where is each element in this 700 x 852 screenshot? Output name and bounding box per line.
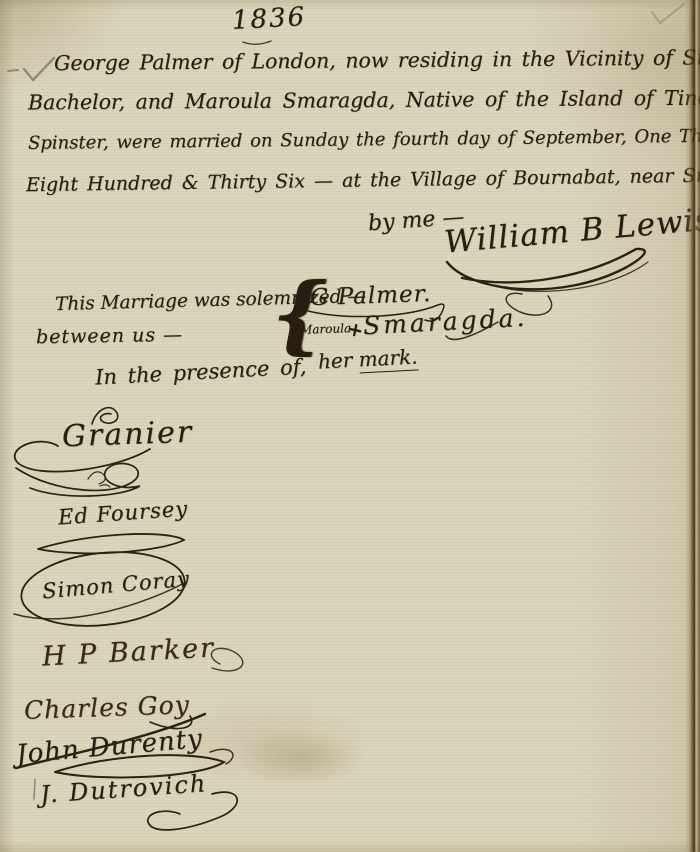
record-line-4: Eight Hundred & Thirty Six — at the Vill…	[26, 165, 700, 197]
page-binding-edge	[685, 0, 700, 852]
presence-label: In the presence of,	[95, 354, 307, 389]
witness-signature-barker: H P Barker	[41, 632, 215, 672]
her-mark-word: mark.	[358, 344, 418, 373]
record-line-2: Bachelor, and Maroula Smaragda, Native o…	[28, 87, 700, 115]
barker-tail-flourish	[211, 648, 242, 671]
marriage-register-page: 1836 George Palmer of London, now residi…	[0, 0, 700, 852]
her-mark-label: her mark.	[317, 345, 418, 373]
witness-signature-goy: Charles Goy	[24, 691, 191, 726]
witness-signature-dutrovich: J. Dutrovich	[39, 770, 208, 809]
officiant-flourish-cross	[495, 262, 648, 291]
year-label: 1836	[231, 3, 307, 37]
year-underline-flourish	[243, 41, 271, 44]
granier-flourish-under	[16, 464, 140, 497]
bride-signature: Smaragda.	[362, 304, 528, 341]
granier-flourish-tiny-script	[88, 472, 110, 487]
durenty-tail-flourish	[210, 749, 233, 764]
witness-signature-coray: Simon Coray	[41, 567, 191, 604]
witness-signature-foursey: Ed Foursey	[57, 496, 189, 529]
officiant-signature: William B Lewis	[443, 202, 700, 261]
groom-signature: G Palmer.	[310, 281, 432, 312]
witness-signature-durenty: John Durenty	[15, 725, 204, 771]
foursey-underline-flourish	[38, 534, 184, 553]
witness-signature-granier: Granier	[61, 416, 193, 455]
record-line-1: George Palmer of London, now residing in…	[54, 46, 700, 76]
between-us-line: between us —	[36, 325, 183, 349]
pencil-checkmark-top-right-icon	[648, 2, 688, 28]
bride-name-small: Maroula	[300, 322, 352, 338]
pencil-checkmark-left-icon	[6, 54, 58, 86]
her-mark-prefix: her	[317, 347, 359, 373]
record-line-3: Spinster, were married on Sunday the fou…	[28, 126, 700, 154]
pencil-tick-bottom-left-icon	[31, 778, 39, 800]
